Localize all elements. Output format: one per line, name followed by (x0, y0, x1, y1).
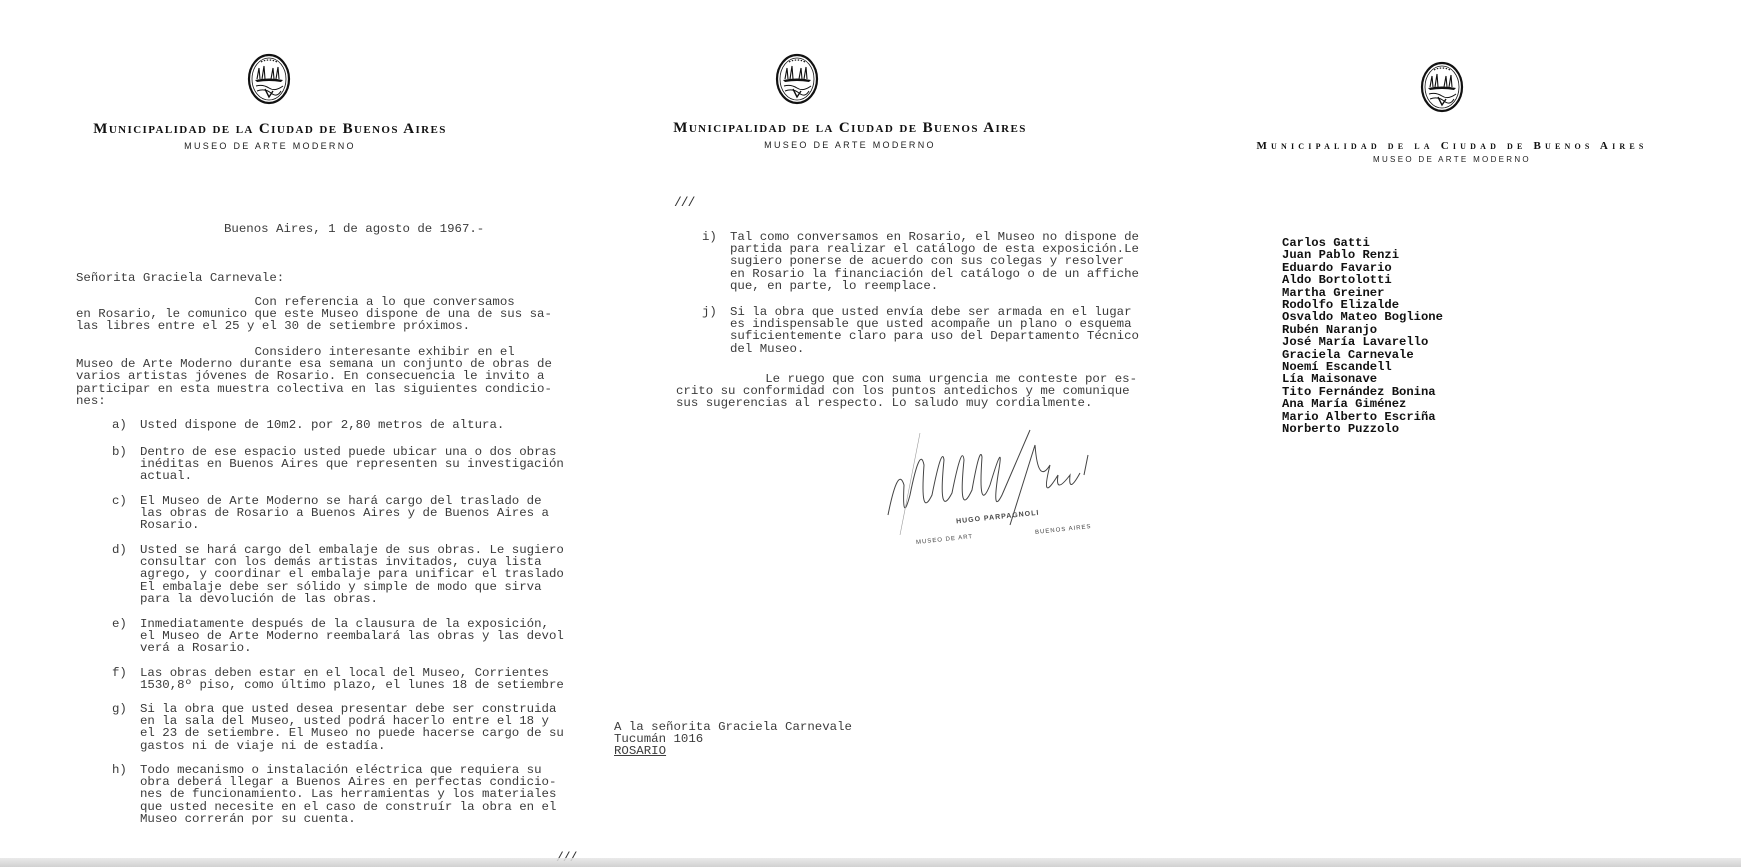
letterhead: Municipalidad de la Ciudad de Buenos Air… (0, 121, 540, 151)
condition-label: f) (112, 667, 127, 679)
letter-page-2: Municipalidad de la Ciudad de Buenos Air… (590, 0, 1170, 867)
condition-text: Si la obra que usted desea presentar deb… (140, 703, 564, 752)
condition-text: Tal como conversamos en Rosario, el Muse… (730, 231, 1139, 292)
letterhead-institution: Municipalidad de la Ciudad de Buenos Air… (590, 120, 1110, 137)
condition-label: g) (112, 703, 127, 715)
condition-label: e) (112, 618, 127, 630)
condition-label: b) (112, 446, 127, 458)
closing-paragraph: Le ruego que con suma urgencia me contes… (676, 373, 1137, 410)
condition-label: h) (112, 764, 127, 776)
address-city: ROSARIO (614, 745, 666, 757)
condition-text: Dentro de ese espacio usted puede ubicar… (140, 446, 564, 483)
letterhead-institution: Municipalidad de la Ciudad de Buenos Air… (1217, 140, 1687, 152)
letter-page-1: Municipalidad de la Ciudad de Buenos Air… (0, 0, 590, 867)
paragraph-2: Considero interesante exhibir en el Muse… (76, 346, 552, 407)
letterhead-department: MUSEO DE ARTE MODERNO (0, 141, 540, 151)
scan-edge (0, 858, 590, 867)
scan-edge (590, 858, 1170, 867)
condition-label: i) (702, 231, 717, 243)
condition-label: c) (112, 495, 127, 507)
scan-edge (1170, 858, 1741, 867)
signature-icon (880, 425, 1140, 550)
condition-text: Inmediatamente después de la clausura de… (140, 618, 564, 655)
date-line: Buenos Aires, 1 de agosto de 1967.- (224, 223, 484, 235)
letterhead: Municipalidad de la Ciudad de Buenos Air… (1217, 140, 1687, 164)
condition-label: a) (112, 419, 127, 431)
artist-list-page: Municipalidad de la Ciudad de Buenos Air… (1170, 0, 1741, 867)
condition-text: Usted dispone de 10m2. por 2,80 metros d… (140, 419, 504, 431)
letterhead-institution: Municipalidad de la Ciudad de Buenos Air… (0, 121, 540, 138)
condition-text: Las obras deben estar en el local del Mu… (140, 667, 564, 691)
condition-text: El Museo de Arte Moderno se hará cargo d… (140, 495, 549, 532)
condition-text: Si la obra que usted envía debe ser arma… (730, 306, 1139, 355)
condition-text: Usted se hará cargo del embalaje de sus … (140, 544, 564, 605)
coat-of-arms-icon (775, 53, 819, 105)
coat-of-arms-icon (1420, 61, 1464, 113)
letterhead-department: MUSEO DE ARTE MODERNO (1217, 155, 1687, 164)
condition-text: Todo mecanismo o instalación eléctrica q… (140, 764, 556, 825)
continuation-mark: /// (674, 195, 694, 210)
salutation: Señorita Graciela Carnevale: (76, 272, 284, 284)
condition-label: d) (112, 544, 127, 556)
letterhead-department: MUSEO DE ARTE MODERNO (590, 140, 1110, 150)
condition-label: j) (702, 306, 717, 318)
letterhead: Municipalidad de la Ciudad de Buenos Air… (590, 120, 1110, 150)
paragraph-1: Con referencia a lo que conversamos en R… (76, 296, 552, 333)
invited-artists-list: Carlos Gatti Juan Pablo Renzi Eduardo Fa… (1282, 237, 1443, 436)
coat-of-arms-icon (247, 53, 291, 105)
